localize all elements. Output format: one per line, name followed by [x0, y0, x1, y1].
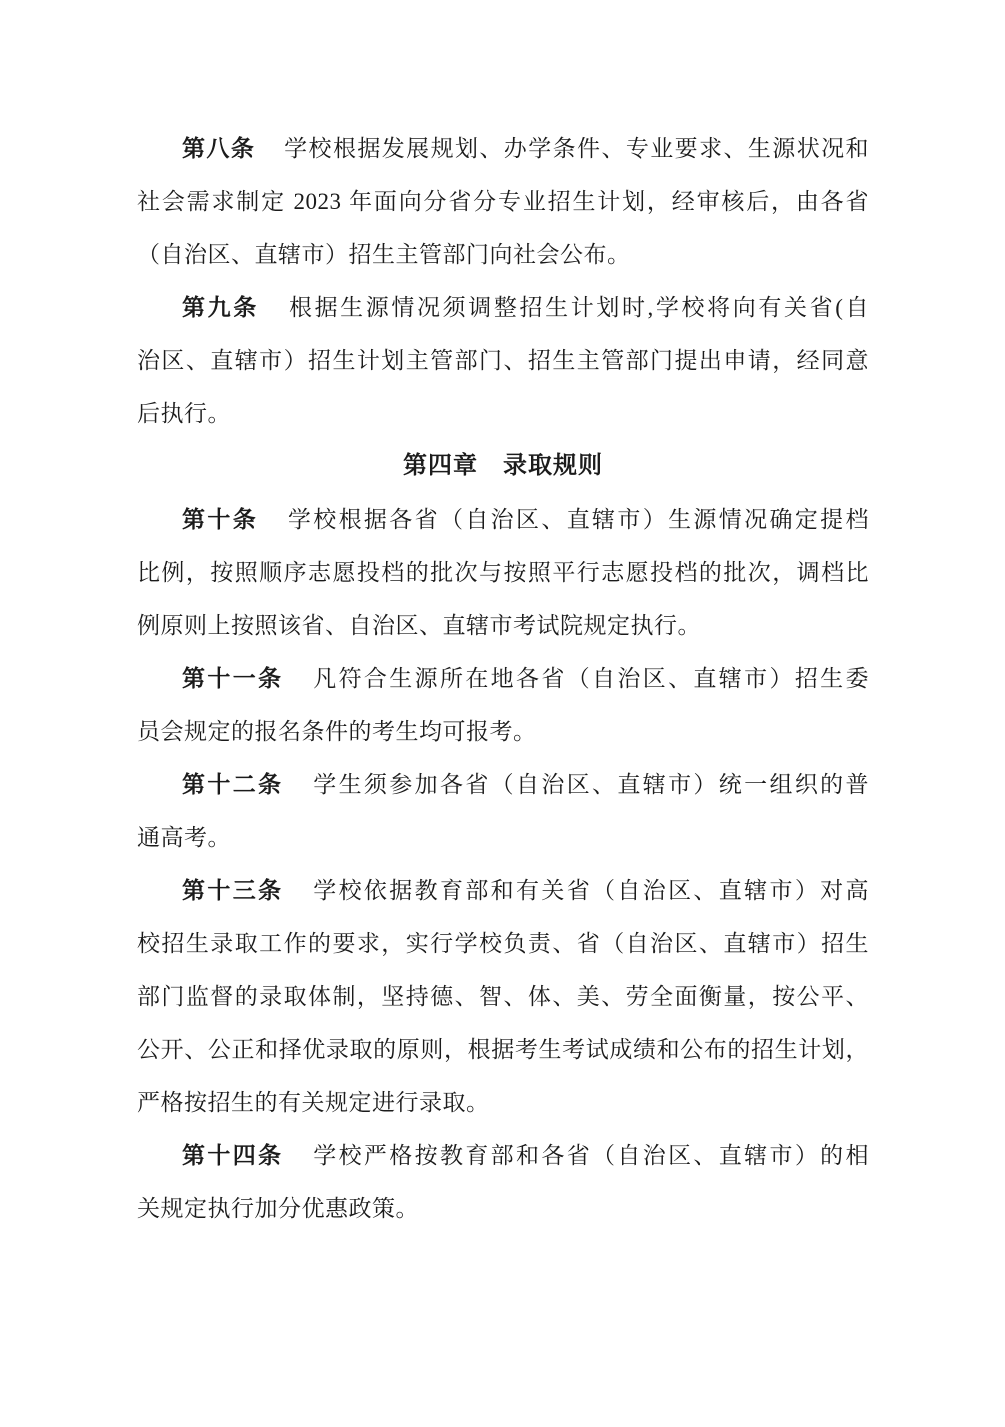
article-line: 第八条学校根据发展规划、办学条件、专业要求、生源状况和 [137, 122, 869, 175]
article-line: 第十二条学生须参加各省（自治区、直辖市）统一组织的普 [137, 758, 869, 811]
article-number: 第十四条 [182, 1143, 283, 1168]
article-number: 第十二条 [182, 772, 283, 797]
article-line-text: 凡符合生源所在地各省（自治区、直辖市）招生委 [311, 666, 869, 691]
article-line: 公开、公正和择优录取的原则，根据考生考试成绩和公布的招生计划， [137, 1023, 869, 1076]
article-line-text: 学生须参加各省（自治区、直辖市）统一组织的普 [311, 772, 869, 797]
article-line: 社会需求制定 2023 年面向分省分专业招生计划，经审核后，由各省 [137, 175, 869, 228]
article-number: 第十条 [182, 507, 258, 532]
article-line-text: 学校根据各省（自治区、直辖市）生源情况确定提档 [286, 507, 869, 532]
article-line: 第十条学校根据各省（自治区、直辖市）生源情况确定提档 [137, 493, 869, 546]
article-line: 治区、直辖市）招生计划主管部门、招生主管部门提出申请，经同意 [137, 334, 869, 387]
article-line: 第十三条学校依据教育部和有关省（自治区、直辖市）对高 [137, 864, 869, 917]
article-line: 关规定执行加分优惠政策。 [137, 1182, 869, 1235]
article-number: 第九条 [182, 295, 259, 320]
document-page: 第八条学校根据发展规划、办学条件、专业要求、生源状况和社会需求制定 2023 年… [0, 0, 1005, 1427]
article-line: 例原则上按照该省、自治区、直辖市考试院规定执行。 [137, 599, 869, 652]
article-line-text: 根据生源情况须调整招生计划时,学校将向有关省(自 [287, 295, 869, 320]
article-line: 校招生录取工作的要求，实行学校负责、省（自治区、直辖市）招生 [137, 917, 869, 970]
article-line: 第十一条凡符合生源所在地各省（自治区、直辖市）招生委 [137, 652, 869, 705]
article-line: 员会规定的报名条件的考生均可报考。 [137, 705, 869, 758]
article-number: 第十三条 [182, 878, 283, 903]
article-number: 第八条 [182, 136, 255, 161]
article-line: 第十四条学校严格按教育部和各省（自治区、直辖市）的相 [137, 1129, 869, 1182]
article-line-text: 学校依据教育部和有关省（自治区、直辖市）对高 [311, 878, 869, 903]
article-line: 通高考。 [137, 811, 869, 864]
article-line: （自治区、直辖市）招生主管部门向社会公布。 [137, 228, 869, 281]
article-line: 严格按招生的有关规定进行录取。 [137, 1076, 869, 1129]
article-line-text: 学校严格按教育部和各省（自治区、直辖市）的相 [311, 1143, 869, 1168]
article-line: 部门监督的录取体制，坚持德、智、体、美、劳全面衡量，按公平、 [137, 970, 869, 1023]
document-content: 第八条学校根据发展规划、办学条件、专业要求、生源状况和社会需求制定 2023 年… [137, 122, 869, 1235]
article-number: 第十一条 [182, 666, 283, 691]
article-line-text: 学校根据发展规划、办学条件、专业要求、生源状况和 [283, 136, 869, 161]
article-line: 后执行。 [137, 387, 869, 440]
article-line: 第九条根据生源情况须调整招生计划时,学校将向有关省(自 [137, 281, 869, 334]
chapter-heading: 第四章 录取规则 [137, 440, 869, 493]
article-line: 比例，按照顺序志愿投档的批次与按照平行志愿投档的批次，调档比 [137, 546, 869, 599]
